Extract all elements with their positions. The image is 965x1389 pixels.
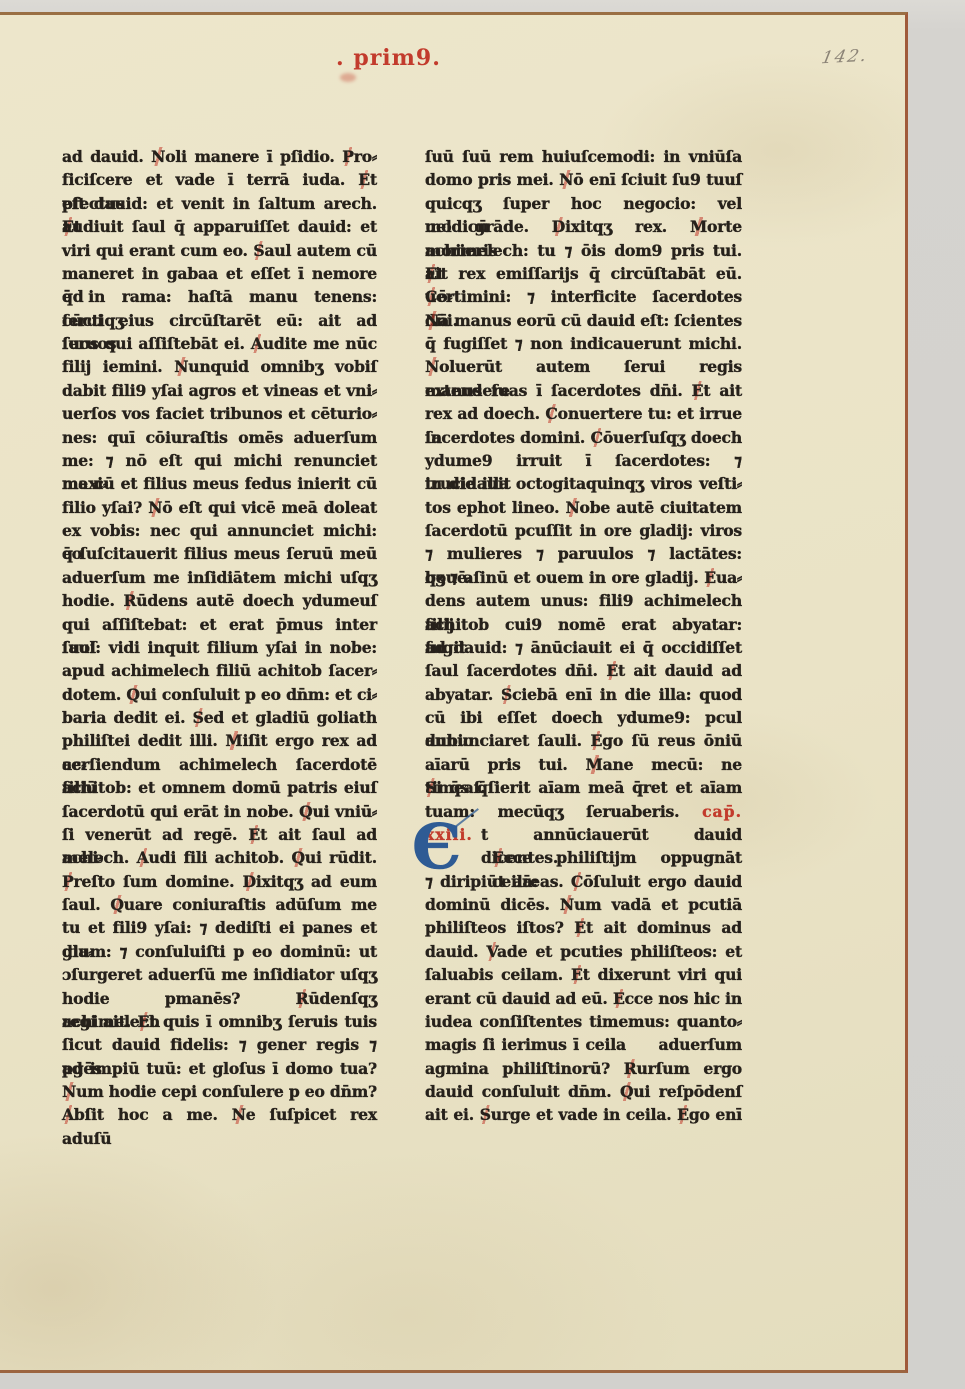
- line-text: uerſos vos faciet tribunos et cēturio⸗: [62, 404, 377, 423]
- line-text: dominū dicēs. Num vadā et pcutiā: [425, 895, 742, 914]
- line-text: Si q̄s q̄ſierit aīam meā q̄ret et aīam: [425, 778, 742, 797]
- text-line: ad impiū tuū: et gloſus ī domo tua?: [62, 1057, 377, 1080]
- line-text: dium: ⁊ conſuluiſti p eo dominū: ut: [62, 942, 377, 961]
- text-line: dens autem unus: fili9 achimelech filij: [425, 589, 742, 612]
- line-text: ſaul ſacerdotes dn̄i. Et ait dauid ad: [425, 661, 742, 680]
- text-line: ſaul. Quare coniuraſtis adūſum me: [62, 893, 377, 916]
- text-line: Si q̄s q̄ſierit aīam meā q̄ret et aīam: [425, 776, 742, 799]
- text-line: ſacerdotū pcuſſit in ore gladij: viros: [425, 519, 742, 542]
- line-text: agmina philiſtinorū? Rurſum ergo: [425, 1059, 742, 1078]
- line-text: dauid conſuluit dn̄m. Qui reſpōdenſ: [425, 1082, 742, 1101]
- text-line: viri qui erant cum eo. Saul autem cū: [62, 239, 377, 262]
- rubricated-capital: R: [296, 989, 309, 1008]
- line-text: dotem. Qui conſuluit p eo dn̄m: et ci⸗: [62, 685, 377, 704]
- text-line: maneret in gabaa et eſſet ī nemore q̄d: [62, 262, 377, 285]
- line-text: ait ei. Surge et vade in ceila. Ego enī: [425, 1105, 742, 1124]
- text-line: achitob cui9 nomē erat abyatar: fugit: [425, 613, 742, 636]
- parchment-page: . prim9. 142. ad dauid. Noli manere ī pſ…: [0, 12, 908, 1373]
- rubricated-capital: E: [571, 965, 583, 984]
- text-line: Nā manus eorū cū dauid eſt: ſcientes: [425, 309, 742, 332]
- rubricated-capital: D: [243, 872, 256, 891]
- rubricated-capital: E: [677, 1105, 689, 1124]
- line-text: ⁊ diripiūt areas. Cōſuluit ergo dauid: [425, 872, 742, 891]
- text-line: in die illa octogitaquinqʒ viros veſti⸗: [425, 472, 742, 495]
- text-line: baria dedit ei. Sed et gladiū goliath: [62, 706, 377, 729]
- text-line: ɔſurgeret aduerſū me inſidiator uſqʒ: [62, 963, 377, 986]
- line-text: nes: quī cōiuraſtis omēs aduerſum: [62, 428, 377, 447]
- text-line: Noluerūt autem ſerui regis extendere: [425, 355, 742, 378]
- text-line: philiſteos iſtos? Et ait dominus ad: [425, 916, 742, 939]
- text-line: ex vobis: nec qui annunciet michi: eo: [62, 519, 377, 542]
- line-text: filio yſai? Nō eſt qui vicē meā doleat: [62, 498, 377, 517]
- line-text: ad dauid: ⁊ ānūciauit ei q̄ occidiſſet: [425, 638, 742, 657]
- line-text: Abſit hoc a me. Ne ſuſpicet rex aduſū: [62, 1105, 377, 1147]
- text-line: dium: ⁊ conſuluiſti p eo dominū: ut: [62, 940, 377, 963]
- text-line: ē in rama: haſtā manu tenens: cūctiqʒ: [62, 285, 377, 308]
- text-line: aīarū pris tui. Mane mecū: ne timeaſ.: [425, 753, 742, 776]
- line-text: philiſteos iſtos? Et ait dominus ad: [425, 918, 742, 937]
- text-line: Ecce philiſtijm oppugnāt ceilā:: [425, 846, 742, 869]
- rubricated-capital: C: [545, 404, 557, 423]
- line-text: annunciaret ſauli. Ego ſū reus ōniū: [425, 731, 742, 750]
- text-line: ſuos qui aſſiſtebāt ei. Audite me nūc: [62, 332, 377, 355]
- line-text: qʒ ⁊ aſinū et ouem in ore gladij. Eua⸗: [425, 568, 742, 587]
- text-line: uerſos vos faciet tribunos et cēturio⸗: [62, 402, 377, 425]
- text-line: achitob: et omnem domū patris eiuſ: [62, 776, 377, 799]
- rubricated-capital: E: [492, 848, 504, 867]
- text-line: ad dauid. Noli manere ī pſidio. Pro⸗: [62, 145, 377, 168]
- text-line: filio yſai? Nō eſt qui vicē meā doleat: [62, 496, 377, 519]
- text-line: erant cū dauid ad eū. Ecce nos hic in: [425, 987, 742, 1010]
- text-line: nes: quī cōiuraſtis omēs aduerſum: [62, 426, 377, 449]
- rubricated-capital: M: [690, 217, 707, 236]
- rubricated-capital: R: [123, 591, 136, 610]
- text-line: tos ephot lineo. Nobe autē ciuitatem: [425, 496, 742, 519]
- text-line: ſuū ſuū rem huiuſcemodi: in vniūſa: [425, 145, 742, 168]
- line-text: viri qui erant cum eo. Saul autem cū: [62, 241, 377, 260]
- text-column-right: ſuū ſuū rem huiuſcemodi: in vniūſadomo p…: [425, 145, 742, 1127]
- rubricated-capital: P: [62, 872, 74, 891]
- line-text: dabit fili9 yſai agros et vineas et vni⸗: [62, 381, 377, 400]
- text-line: apud achimelech filiū achitob ſacer⸗: [62, 659, 377, 682]
- rubricated-capital: S: [480, 1105, 491, 1124]
- line-text: tos ephot lineo. Nobe autē ciuitatem: [425, 498, 742, 517]
- rubricated-capital: E: [248, 825, 260, 844]
- text-line: Єt annūciauerūt dauid dicentes.: [425, 823, 742, 846]
- text-line: quicqʒ ſuper hoc negocio: vel modicū: [425, 192, 742, 215]
- text-line: abyatar. Sciebā enī in die illa: quod: [425, 683, 742, 706]
- text-line: regi ait. Et quis ī omnibʒ ſeruis tuis: [62, 1010, 377, 1033]
- text-line: filij iemini. Nunquid omnibʒ vobiſ: [62, 355, 377, 378]
- text-line: ſicut dauid fidelis: ⁊ gener regis ⁊ pgē…: [62, 1033, 377, 1056]
- line-text: ſacerdotū pcuſſit in ore gladij: viros: [425, 521, 742, 540]
- running-title: . prim9.: [336, 45, 456, 71]
- text-line: me cū et filius meus fedus inierit cū: [62, 472, 377, 495]
- line-text: achitob: et omnem domū patris eiuſ: [62, 778, 377, 797]
- line-text: manus ſuas ī ſacerdotes dn̄i. Et ait: [425, 381, 742, 400]
- rubricated-capital: C: [571, 872, 583, 891]
- text-line: ſaul: vidi inquit filium yſai in nobe:: [62, 636, 377, 659]
- text-line: melech. Audi fili achitob. Qui rūdit.: [62, 846, 377, 869]
- rubricated-capital: N: [151, 147, 165, 166]
- text-line: ficiſcere et vade ī terrā iuda. Et pfect…: [62, 168, 377, 191]
- text-line: eſt dauid: et venit in ſaltum arech. Et: [62, 192, 377, 215]
- line-text: audiuit ſaul q̄ apparuiſſet dauid: et: [62, 217, 377, 236]
- text-line: Preſto ſum domine. Dixitqʒ ad eum: [62, 870, 377, 893]
- rubricated-capital: N: [560, 895, 574, 914]
- text-line: iudea conſiſtentes timemus: quanto⸗: [425, 1010, 742, 1033]
- text-line: qui aſſiſtebat: et erat p̄mus inter ſuoſ: [62, 613, 377, 636]
- text-line: ad dauid: ⁊ ānūciauit ei q̄ occidiſſet: [425, 636, 742, 659]
- line-text: ſaluabis ceilam. Et dixerunt viri qui: [425, 965, 742, 984]
- text-line: Num hodie cepi conſulere p eo dn̄m?: [62, 1080, 377, 1103]
- rubricated-capital: A: [62, 1105, 74, 1124]
- text-line: dauid conſuluit dn̄m. Qui reſpōdenſ: [425, 1080, 742, 1103]
- text-line: ⁊ diripiūt areas. Cōſuluit ergo dauid: [425, 870, 742, 893]
- text-line: tu et fili9 yſai: ⁊ dediſti ei panes et …: [62, 916, 377, 939]
- text-line: q̄ ſuſcitauerit filius meus ſeruū meū: [62, 542, 377, 565]
- line-text: me cū et filius meus fedus inierit cū: [62, 474, 377, 493]
- rubricated-capital: S: [193, 708, 204, 727]
- line-text: ad impiū tuū: et gloſus ī domo tua?: [62, 1059, 377, 1078]
- line-text: ſaul: vidi inquit filium yſai in nobe:: [62, 638, 377, 657]
- line-text: ſacerdotes domini. Cōuerſuſqʒ doech: [425, 428, 742, 447]
- text-line: Abſit hoc a me. Ne ſuſpicet rex aduſū: [62, 1103, 377, 1126]
- text-line: hodie pmanēs? Rūdenſqʒ achimelech: [62, 987, 377, 1010]
- line-text: ɔſurgeret aduerſū me inſidiator uſqʒ: [62, 965, 377, 984]
- text-line: annunciaret ſauli. Ego ſū reus ōniū: [425, 729, 742, 752]
- rubricated-capital: E: [692, 381, 704, 400]
- line-text: filij iemini. Nunquid omnibʒ vobiſ: [62, 357, 377, 376]
- line-text: q̄ ſuſcitauerit filius meus ſeruū meū: [62, 544, 377, 563]
- rubricated-capital: C: [591, 428, 603, 447]
- text-line: ſerui eius circūſtarēt eū: ait ad ſeruos: [62, 309, 377, 332]
- text-line: magis ſi ierimus ī ceila aduerſum: [425, 1033, 742, 1056]
- text-line: dauid. Vade et pcuties philiſteos: et: [425, 940, 742, 963]
- line-text: Preſto ſum domine. Dixitqʒ ad eum: [62, 872, 377, 891]
- line-text: ſuos qui aſſiſtebāt ei. Audite me nūc: [62, 334, 377, 353]
- line-text: ſacerdotū qui erāt in nobe. Qui vniū⸗: [62, 802, 377, 821]
- rubricated-capital: N: [559, 170, 573, 189]
- rubricated-capital: Q: [620, 1082, 633, 1101]
- rubricated-capital: N: [425, 357, 439, 376]
- ink-smudge: [340, 73, 356, 82]
- rubricated-capital: E: [613, 989, 625, 1008]
- rubricated-capital: E: [590, 731, 602, 750]
- text-line: manus ſuas ī ſacerdotes dn̄i. Et ait: [425, 379, 742, 402]
- rubricated-capital: A: [251, 334, 263, 353]
- line-text: hodie. Rūdens autē doech ydumeuſ: [62, 591, 377, 610]
- rubricated-capital: N: [148, 498, 162, 517]
- text-line: dominū dicēs. Num vadā et pcutiā: [425, 893, 742, 916]
- rubricated-capital: E: [574, 918, 586, 937]
- rubricated-capital: M: [225, 731, 242, 750]
- text-line: domo pris mei. Nō enī ſciuit ſu9 tuuſ: [425, 168, 742, 191]
- text-line: ait ei. Surge et vade in ceila. Ego enī: [425, 1103, 742, 1126]
- line-text: ad dauid. Noli manere ī pſidio. Pro⸗: [62, 147, 377, 166]
- rubricated-capital: E: [606, 661, 618, 680]
- line-text: erant cū dauid ad eū. Ecce nos hic in: [425, 989, 742, 1008]
- text-line: hodie. Rūdens autē doech ydumeuſ: [62, 589, 377, 612]
- rubricated-capital: S: [425, 778, 436, 797]
- rubricated-capital: Q: [110, 895, 123, 914]
- text-line: aduerſum me inſidiātem michi uſqʒ: [62, 566, 377, 589]
- line-text: magis ſi ierimus ī ceila aduerſum: [425, 1035, 742, 1054]
- rubricated-capital: E: [358, 170, 370, 189]
- rubricated-capital: E: [704, 568, 716, 587]
- line-text: Num hodie cepi conſulere p eo dn̄m?: [62, 1082, 377, 1101]
- line-text: regi ait. Et quis ī omnibʒ ſeruis tuis: [62, 1012, 377, 1031]
- text-line: ſi venerūt ad regē. Et ait ſaul ad achi⸗: [62, 823, 377, 846]
- text-line: ⁊ mulieres ⁊ paruulos ⁊ lactātes: bouē⸗: [425, 542, 742, 565]
- text-line: ſacerdotū qui erāt in nobe. Qui vniū⸗: [62, 800, 377, 823]
- text-line: cū ibi eſſet doech ydume9: pcul dubio: [425, 706, 742, 729]
- folio-number: 142.: [820, 46, 870, 68]
- line-text: melech. Audi fili achitob. Qui rūdit.: [62, 848, 377, 867]
- rubricated-capital: P: [342, 147, 354, 166]
- text-line: agmina philiſtinorū? Rurſum ergo: [425, 1057, 742, 1080]
- text-line: rex ad doech. Conuertere tu: et irrue in: [425, 402, 742, 425]
- rubricated-capital: S: [501, 685, 512, 704]
- line-text: aduerſum me inſidiātem michi uſqʒ: [62, 568, 377, 587]
- rubricated-capital: Q: [291, 848, 304, 867]
- line-text: iudea conſiſtentes timemus: quanto⸗: [425, 1012, 742, 1031]
- text-line: philiſtei dedit illi. Miſit ergo rex ad …: [62, 729, 377, 752]
- rubricated-capital: E: [138, 1012, 150, 1031]
- text-line: ait rex emiſſarijs q̄ circūſtabāt eū. Cō…: [425, 262, 742, 285]
- line-text: q̄ fugiſſet ⁊ non indicauerunt michi.: [425, 334, 742, 353]
- text-line: q̄ fugiſſet ⁊ non indicauerunt michi.: [425, 332, 742, 355]
- text-line: qʒ ⁊ aſinū et ouem in ore gladij. Eua⸗: [425, 566, 742, 589]
- line-text: dauid. Vade et pcuties philiſteos: et: [425, 942, 742, 961]
- line-text: domo pris mei. Nō enī ſciuit ſu9 tuuſ: [425, 170, 742, 189]
- rubricated-capital: R: [624, 1059, 637, 1078]
- text-line: audiuit ſaul q̄ apparuiſſet dauid: et: [62, 215, 377, 238]
- rubricated-capital: Q: [126, 685, 139, 704]
- rubricated-capital: N: [565, 498, 579, 517]
- line-text: Nā manus eorū cū dauid eſt: ſcientes: [425, 311, 742, 330]
- rubricated-capital: M: [586, 755, 603, 774]
- rubricated-capital: N: [174, 357, 188, 376]
- text-line: ſaul ſacerdotes dn̄i. Et ait dauid ad: [425, 659, 742, 682]
- text-column-left: ad dauid. Noli manere ī pſidio. Pro⸗fici…: [62, 145, 377, 1127]
- text-line: me: ⁊ nō eſt qui michi renunciet maxi⸗: [62, 449, 377, 472]
- text-line: achimelech: tu ⁊ ōis dom9 pris tui. Et: [425, 239, 742, 262]
- line-text: abyatar. Sciebā enī in die illa: quod: [425, 685, 742, 704]
- line-text: baria dedit ei. Sed et gladiū goliath: [62, 708, 377, 727]
- text-line: uel grāde. Dixitqʒ rex. Morte morieris: [425, 215, 742, 238]
- text-line: ſaluabis ceilam. Et dixerunt viri qui: [425, 963, 742, 986]
- text-line: ydume9 irruit ī ſacerdotes: ⁊ trucidauit: [425, 449, 742, 472]
- rubricated-capital: D: [552, 217, 565, 236]
- rubricated-capital: V: [487, 942, 497, 961]
- text-line: dotem. Qui conſuluit p eo dn̄m: et ci⸗: [62, 683, 377, 706]
- rubricated-capital: N: [232, 1105, 246, 1124]
- text-line: dabit fili9 yſai agros et vineas et vni⸗: [62, 379, 377, 402]
- text-line: cerſiendum achimelech ſacerdotē filiū: [62, 753, 377, 776]
- rubricated-capital: S: [253, 241, 264, 260]
- line-text: ſaul. Quare coniuraſtis adūſum me: [62, 895, 377, 914]
- text-line: ſacerdotes domini. Cōuerſuſqʒ doech: [425, 426, 742, 449]
- line-text: ſuū ſuū rem huiuſcemodi: in vniūſa: [425, 147, 742, 166]
- rubricated-capital: N: [425, 311, 439, 330]
- rubricated-capital: Q: [299, 802, 312, 821]
- text-line: uertimini: ⁊ interficite ſacerdotes dn̄i…: [425, 285, 742, 308]
- rubricated-capital: A: [137, 848, 149, 867]
- line-text: in die illa octogitaquinqʒ viros veſti⸗: [425, 474, 742, 493]
- rubricated-capital: N: [62, 1082, 76, 1101]
- line-text: apud achimelech filiū achitob ſacer⸗: [62, 661, 377, 680]
